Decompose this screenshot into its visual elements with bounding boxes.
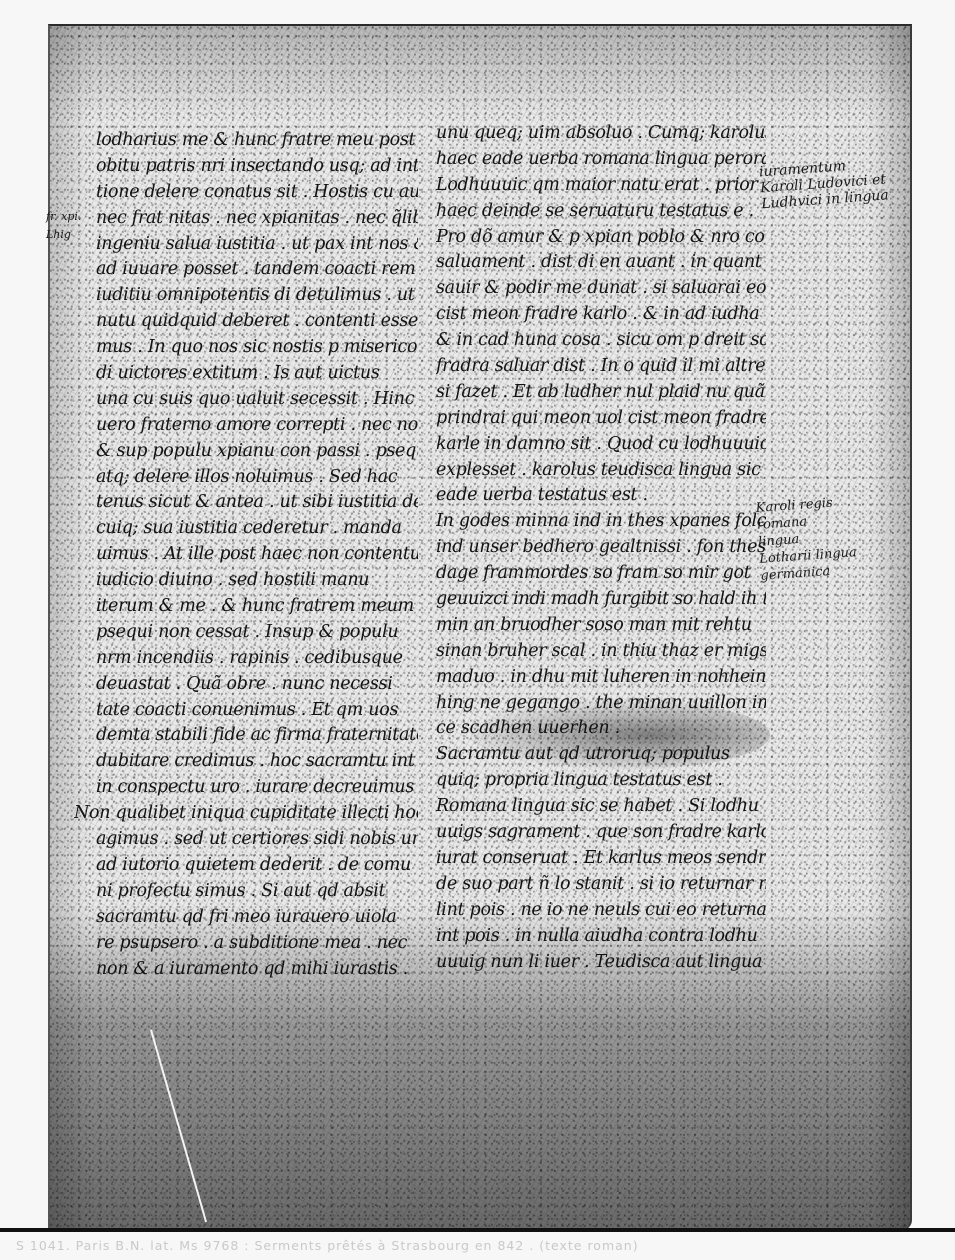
manuscript-line: nutu quidquid deberet . contenti esse <box>96 309 418 335</box>
manuscript-line: prindrai qui meon uol cist meon fradre <box>436 406 766 432</box>
manuscript-line: obitu patris nri insectando usq; ad inte… <box>96 154 418 180</box>
manuscript-line: ad iutorio quietem dederit . de comu <box>96 853 418 879</box>
manuscript-line: deuastat . Quã obre . nunc necessi <box>96 672 418 698</box>
manuscript-line: iurat conseruat . Et karlus meos sendra <box>436 846 766 872</box>
manuscript-line: dubitare credimus . hoc sacramtu int nos <box>96 749 418 775</box>
manuscript-line: explesset . karolus teudisca lingua sic … <box>436 458 766 484</box>
manuscript-line: geuuizci indi madh furgibit so hald ih t… <box>436 587 766 613</box>
manuscript-line: unu queq; uim absoluo . Cumq; karolus <box>436 121 766 147</box>
manuscript-line: dage frammordes so fram so mir got <box>436 561 766 587</box>
manuscript-line: uimus . At ille post haec non contentus <box>96 542 418 568</box>
manuscript-line: cist meon fradre karlo . & in ad iudha <box>436 302 766 328</box>
manuscript-line: sinan bruher scal . in thiu thaz er migs… <box>436 639 766 665</box>
manuscript-line: cuiq; sua iustitia cederetur . manda <box>96 516 418 542</box>
manuscript-line: psequi non cessat . Insup & populu <box>96 620 418 646</box>
manuscript-line: Pro dõ amur & p xpian poblo & nro comun <box>436 225 766 251</box>
photo-caption: S 1041. Paris B.N. lat. Ms 9768 : Sermen… <box>16 1238 946 1253</box>
manuscript-line: mus . In quo nos sic nostis p misericord… <box>96 335 418 361</box>
manuscript-line: Sacramtu aut qd utroruq; populus <box>436 742 766 768</box>
margin-line: fr. xpi. <box>46 208 86 226</box>
manuscript-line: ad iuuare posset . tandem coacti rem ad <box>96 257 418 283</box>
manuscript-line: ingeniu salua iustitia . ut pax int nos … <box>96 232 418 258</box>
manuscript-line: uuuig nun li iuer . Teudisca aut lingua <box>436 950 766 976</box>
manuscript-line: de suo part ñ lo stanit . si io returnar… <box>436 872 766 898</box>
margin-line: Lhig <box>46 226 86 244</box>
manuscript-line: iudicio diuino . sed hostili manu <box>96 568 418 594</box>
manuscript-line: min an bruodher soso man mit rehtu <box>436 613 766 639</box>
manuscript-line: ind unser bedhero gealtnissi . fon these… <box>436 535 766 561</box>
manuscript-line: tenus sicut & antea . ut sibi iustitia d… <box>96 490 418 516</box>
manuscript-line: nrm incendiis . rapinis . cedibusque <box>96 646 418 672</box>
left-margin-note: fr. xpi. Lhig <box>46 208 86 244</box>
manuscript-line: fradra saluar dist . In o quid il mi alt… <box>436 354 766 380</box>
manuscript-line: In godes minna ind in thes xpanes folche… <box>436 509 766 535</box>
manuscript-line: hing ne gegango . the minan uuillon imo <box>436 691 766 717</box>
manuscript-line: nec frat nitas . nec xpianitas . nec q̃l… <box>96 206 418 232</box>
manuscript-line: & in cad huna cosa . sicu om p dreit son <box>436 328 766 354</box>
manuscript-line: agimus . sed ut certiores sidi nobis uro <box>96 827 418 853</box>
manuscript-line: Non qualibet iniqua cupiditate illecti h… <box>74 801 418 827</box>
manuscript-line: iuditiu omnipotentis di detulimus . ut s… <box>96 283 418 309</box>
right-text-column: unu queq; uim absoluo . Cumq; karolushae… <box>436 121 766 975</box>
manuscript-line: ce scadhen uuerhen . <box>436 716 766 742</box>
manuscript-line: sauir & podir me dunat . si saluarai eo <box>436 276 766 302</box>
manuscript-line: & sup populu xpianu con passi . psequi <box>96 439 418 465</box>
manuscript-line: Romana lingua sic se habet . Si lodhu <box>436 794 766 820</box>
manuscript-line: maduo . in dhu mit luheren in nohheiniu … <box>436 665 766 691</box>
manuscript-line: haec deinde se seruaturu testatus e . <box>436 199 766 225</box>
manuscript-line: tate coacti conuenimus . Et qm uos <box>96 698 418 724</box>
manuscript-line: in conspectu uro . iurare decreuimus . <box>96 775 418 801</box>
manuscript-line: tione delere conatus sit . Hostis cu aut <box>96 180 418 206</box>
manuscript-line: di uictores extitum . Is aut uictus <box>96 361 418 387</box>
manuscript-line: eade uerba testatus est . <box>436 483 766 509</box>
manuscript-line: re psupsero . a subditione mea . nec <box>96 931 418 957</box>
manuscript-line: si fazet . Et ab ludher nul plaid nu quã <box>436 380 766 406</box>
manuscript-line: uuigs sagrament . que son fradre karlo <box>436 820 766 846</box>
manuscript-line: una cu suis quo ualuit secessit . Hinc <box>96 387 418 413</box>
bottom-rule <box>0 1228 955 1232</box>
manuscript-line: quiq; propria lingua testatus est . <box>436 768 766 794</box>
manuscript-line: uero fraterno amore correpti . nec non <box>96 413 418 439</box>
right-margin-note-middle: Karoli regis romana lingua Lotharii ling… <box>755 490 901 585</box>
left-text-column: lodharius me & hunc fratre meu postobitu… <box>96 128 418 982</box>
manuscript-line: int pois . in nulla aiudha contra lodhu <box>436 924 766 950</box>
manuscript-line: Lodhuuuic qm maior natu erat . prior <box>436 173 766 199</box>
manuscript-line: haec eade uerba romana lingua perorasset… <box>436 147 766 173</box>
manuscript-line: demta stabili fide ac firma fraternitate <box>96 723 418 749</box>
manuscript-line: iterum & me . & hunc fratrem meum <box>96 594 418 620</box>
manuscript-line: lodharius me & hunc fratre meu post <box>96 128 418 154</box>
manuscript-line: saluament . dist di en auant . in quant … <box>436 250 766 276</box>
manuscript-line: sacramtu qd fri meo iurauero uiola <box>96 905 418 931</box>
manuscript-line: karle in damno sit . Quod cu lodhuuuic <box>436 432 766 458</box>
manuscript-line: atq; delere illos noluimus . Sed hac <box>96 465 418 491</box>
manuscript-line: non & a iuramento qd mihi iurastis . <box>96 957 418 983</box>
manuscript-line: ni profectu simus . Si aut qd absit <box>96 879 418 905</box>
manuscript-line: lint pois . ne io ne neuls cui eo return… <box>436 898 766 924</box>
